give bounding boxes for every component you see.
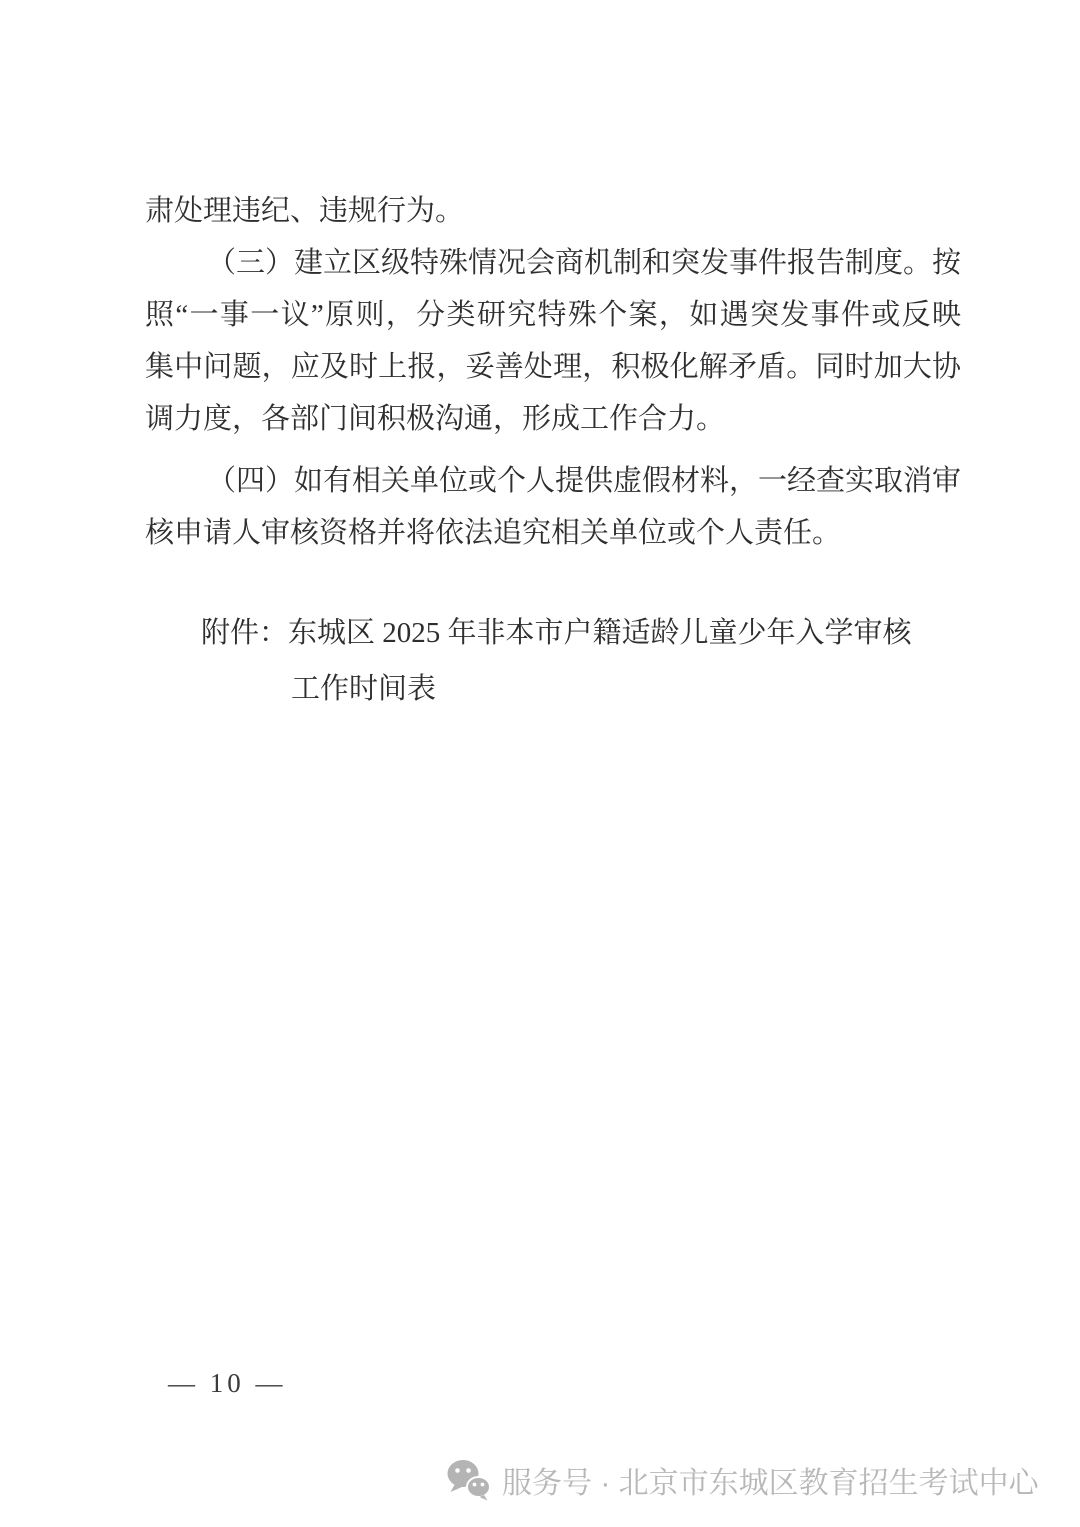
text-line: 调力度，各部门间积极沟通，形成工作合力。: [145, 393, 961, 445]
text-line: 肃处理违纪、违规行为。: [145, 185, 961, 237]
document-page: 肃处理违纪、违规行为。 （三）建立区级特殊情况会商机制和突发事件报告制度。按 照…: [0, 0, 1080, 1527]
service-account-label: 服务号 · 北京市东城区教育招生考试中心: [502, 1458, 1039, 1502]
document-body: 肃处理违纪、违规行为。 （三）建立区级特殊情况会商机制和突发事件报告制度。按 照…: [145, 185, 961, 717]
attachment-line: 附件：东城区 2025 年非本市户籍适龄儿童少年入学审核: [145, 605, 961, 661]
wechat-icon: [446, 1459, 492, 1501]
attachment-line: 工作时间表: [145, 661, 961, 717]
wechat-footer: 服务号 · 北京市东城区教育招生考试中心: [446, 1458, 1039, 1502]
page-number: — 10 —: [168, 1368, 287, 1399]
text-line: 照“一事一议”原则，分类研究特殊个案，如遇突发事件或反映: [145, 289, 961, 341]
attachment-note: 附件：东城区 2025 年非本市户籍适龄儿童少年入学审核 工作时间表: [145, 605, 961, 717]
text-line: （四）如有相关单位或个人提供虚假材料，一经查实取消审: [145, 455, 961, 507]
text-line: （三）建立区级特殊情况会商机制和突发事件报告制度。按: [145, 237, 961, 289]
text-line: 核申请人审核资格并将依法追究相关单位或个人责任。: [145, 507, 961, 559]
text-line: 集中问题，应及时上报，妥善处理，积极化解矛盾。同时加大协: [145, 341, 961, 393]
